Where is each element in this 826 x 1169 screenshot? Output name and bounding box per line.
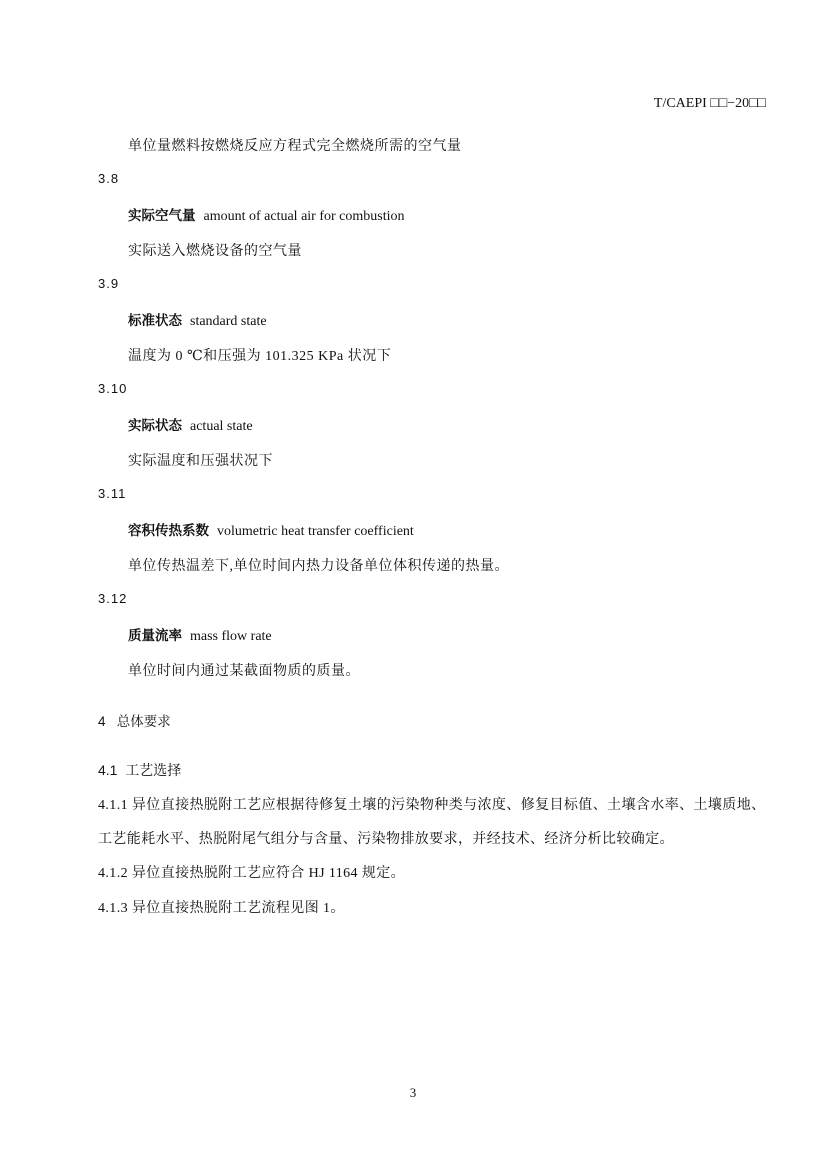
term-number-3-8: 3.8	[98, 171, 119, 186]
term-zh: 实际状态	[128, 418, 182, 434]
paragraph-4-1-3: 4.1.3 异位直接热脱附工艺流程见图 1。	[98, 897, 345, 917]
term-entry-3-10: 实际状态actual state	[128, 414, 253, 435]
term-zh: 质量流率	[128, 628, 182, 644]
section-heading-4-1: 4.1 工艺选择	[98, 760, 181, 780]
paragraph-4-1-2: 4.1.2 异位直接热脱附工艺应符合 HJ 1164 规定。	[98, 862, 405, 882]
term-en: standard state	[190, 314, 267, 329]
term-definition-3-10: 实际温度和压强状况下	[128, 450, 273, 470]
document-code-header: T/CAEPI □□−20□□	[654, 96, 766, 112]
section-heading-4: 4 总体要求	[98, 710, 171, 730]
paragraph-4-1-1-line1: 4.1.1 异位直接热脱附工艺应根据待修复土壤的污染物种类与浓度、修复目标值、土…	[98, 794, 766, 814]
term-definition-3-8: 实际送入燃烧设备的空气量	[128, 240, 302, 260]
term-zh: 容积传热系数	[128, 523, 209, 539]
term-en: volumetric heat transfer coefficient	[217, 524, 414, 539]
term-en: mass flow rate	[190, 629, 272, 644]
page-number: 3	[0, 1085, 826, 1101]
term-definition-3-12: 单位时间内通过某截面物质的质量。	[128, 660, 360, 680]
term-entry-3-11: 容积传热系数volumetric heat transfer coefficie…	[128, 519, 414, 540]
term-zh: 实际空气量	[128, 208, 196, 224]
paragraph-4-1-1-line2: 工艺能耗水平、热脱附尾气组分与含量、污染物排放要求，并经技术、经济分析比较确定。	[98, 828, 674, 848]
term-en: amount of actual air for combustion	[204, 209, 405, 224]
term-entry-3-8: 实际空气量amount of actual air for combustion	[128, 204, 405, 225]
term-number-3-12: 3.12	[98, 591, 127, 606]
term-number-3-10: 3.10	[98, 381, 127, 396]
term-zh: 标准状态	[128, 313, 182, 329]
term-definition-3-9: 温度为 0 ℃和压强为 101.325 KPa 状况下	[128, 345, 391, 365]
term-definition-3-7: 单位量燃料按燃烧反应方程式完全燃烧所需的空气量	[128, 135, 462, 155]
term-en: actual state	[190, 419, 253, 434]
term-number-3-11: 3.11	[98, 486, 126, 501]
term-entry-3-9: 标准状态standard state	[128, 309, 267, 330]
term-definition-3-11: 单位传热温差下,单位时间内热力设备单位体积传递的热量。	[128, 555, 509, 575]
term-number-3-9: 3.9	[98, 276, 119, 291]
term-entry-3-12: 质量流率mass flow rate	[128, 624, 272, 645]
